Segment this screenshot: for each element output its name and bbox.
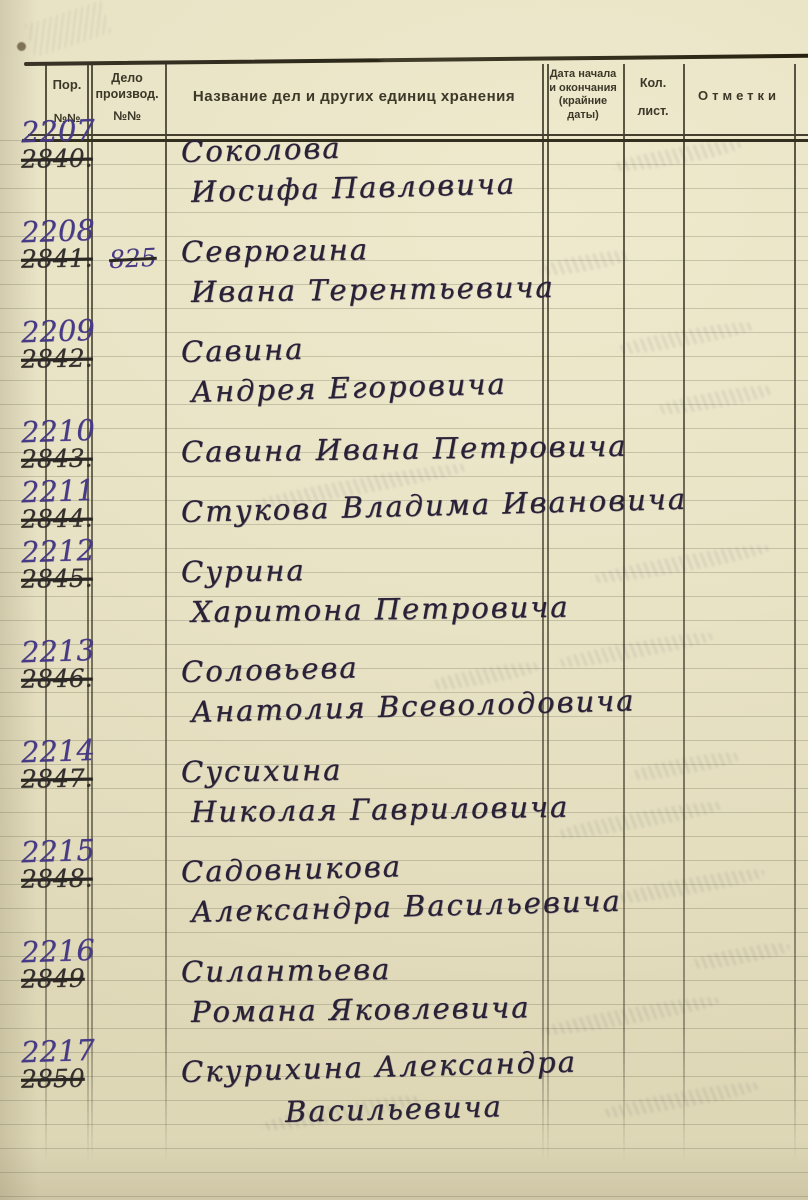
entry-old-number-struck: 2847. (21, 764, 101, 792)
entry-new-number: 2216 (21, 937, 102, 967)
archive-inventory-page: Пор. №№ Дело производ. №№ Название дел и… (0, 0, 808, 1200)
entry-old-number-struck: 2840. (21, 144, 101, 172)
entry-new-number: 2217 (21, 1037, 102, 1067)
entry-old-number-struck: 2846. (21, 664, 101, 692)
entry-new-number: 2214 (21, 737, 102, 767)
entry-old-number-struck: 2849 (21, 964, 101, 992)
entry-name: СоловьеваАнатолия Всеволодовича (165, 638, 797, 732)
entry-new-number: 2211 (21, 477, 102, 507)
entry-number-cell: 2211 2844. (21, 478, 101, 532)
entry-name: Скурихина АлександраВасильевича (165, 1038, 797, 1132)
column-header-dates-line2: и окончания (543, 82, 623, 96)
column-header-sheets-line2: лист. (623, 104, 683, 119)
entry-name: СавинаАндрея Егоровича (165, 318, 797, 412)
entry-name: СадовниковаАлександра Васильевича (165, 838, 797, 932)
entry-name: СуринаХаритона Петровича (165, 538, 797, 632)
column-header-notes: Отметки (683, 88, 795, 103)
column-header-title: Название дел и других единиц хранения (170, 88, 538, 105)
entry-name: СеврюгинаИвана Терентьевича (165, 218, 797, 312)
entry-new-number: 2215 (21, 837, 102, 867)
entry-old-number-struck: 2844. (21, 504, 101, 532)
entry-name: СоколоваИосифа Павловича (165, 118, 797, 212)
table-row: 2208 2841. 825 СеврюгинаИвана Терентьеви… (45, 218, 797, 312)
table-row: 2213 2846. СоловьеваАнатолия Всеволодови… (45, 638, 797, 732)
entry-old-number-struck: 2848. (21, 864, 101, 892)
entry-name: Савина Ивана Петровича (165, 418, 797, 472)
faint-pencil-scribble (25, 0, 112, 57)
rows: 2207 2840. СоколоваИосифа Павловича 2208… (45, 118, 797, 1138)
entry-name-line: Харитона Петровича (191, 584, 797, 632)
entry-name: СусихинаНиколая Гавриловича (165, 738, 797, 832)
entry-old-number-struck: 2850 (21, 1064, 101, 1092)
table-row: 2212 2845. СуринаХаритона Петровича (45, 538, 797, 632)
entry-new-number: 2212 (21, 537, 102, 567)
entry-name-line: Савина Ивана Петровича (181, 423, 797, 472)
entry-name-line: Стукова Владима Ивановича (180, 476, 797, 532)
table-row: 2215 2848. СадовниковаАлександра Василье… (45, 838, 797, 932)
table-row: 2207 2840. СоколоваИосифа Павловича (45, 118, 797, 212)
column-header-dates: Дата начала и окончания (крайние даты) (543, 68, 623, 122)
column-header-sheet-count: Кол. лист. (623, 76, 683, 119)
entry-old-number-struck: 2841. (21, 244, 101, 272)
table-top-border (24, 54, 808, 66)
table-row: 2211 2844. Стукова Владима Ивановича (45, 478, 797, 532)
table-row: 2209 2842. СавинаАндрея Егоровича (45, 318, 797, 412)
column-header-sheets-line1: Кол. (623, 76, 683, 91)
entry-old-number-struck: 2845. (21, 564, 101, 592)
entry-case-number-struck: 825 (108, 243, 157, 274)
hole-punch-dot (17, 42, 26, 51)
column-header-case-line2: производ. (89, 86, 165, 102)
column-header-dates-line1: Дата начала (543, 68, 623, 82)
entry-new-number: 2209 (21, 317, 102, 347)
entry-new-number: 2213 (21, 637, 102, 667)
table-row: 2210 2843. Савина Ивана Петровича (45, 418, 797, 472)
entry-new-number: 2208 (21, 217, 102, 247)
entry-old-number-struck: 2843. (21, 444, 101, 472)
entry-new-number: 2210 (21, 417, 102, 447)
entry-number-cell: 2210 2843. (21, 418, 101, 472)
column-header-case-line1: Дело (89, 70, 165, 86)
entry-name-line: Романа Яковлевича (191, 984, 797, 1032)
entry-name-line: Ивана Терентьевича (191, 264, 797, 312)
entry-name: СилантьеваРомана Яковлевича (165, 938, 797, 1032)
entry-old-number-struck: 2842. (21, 344, 101, 372)
table-row: 2214 2847. СусихинаНиколая Гавриловича (45, 738, 797, 832)
table-row: 2217 2850 Скурихина АлександраВасильевич… (45, 1038, 797, 1132)
column-header-dates-line3: (крайние (543, 95, 623, 109)
entry-name-line: Николая Гавриловича (191, 784, 797, 832)
entry-new-number: 2207 (21, 117, 102, 147)
table-row: 2216 2849 СилантьеваРомана Яковлевича (45, 938, 797, 1032)
entry-name: Стукова Владима Ивановича (165, 478, 797, 532)
column-header-serial-line1: Пор. (45, 76, 89, 93)
